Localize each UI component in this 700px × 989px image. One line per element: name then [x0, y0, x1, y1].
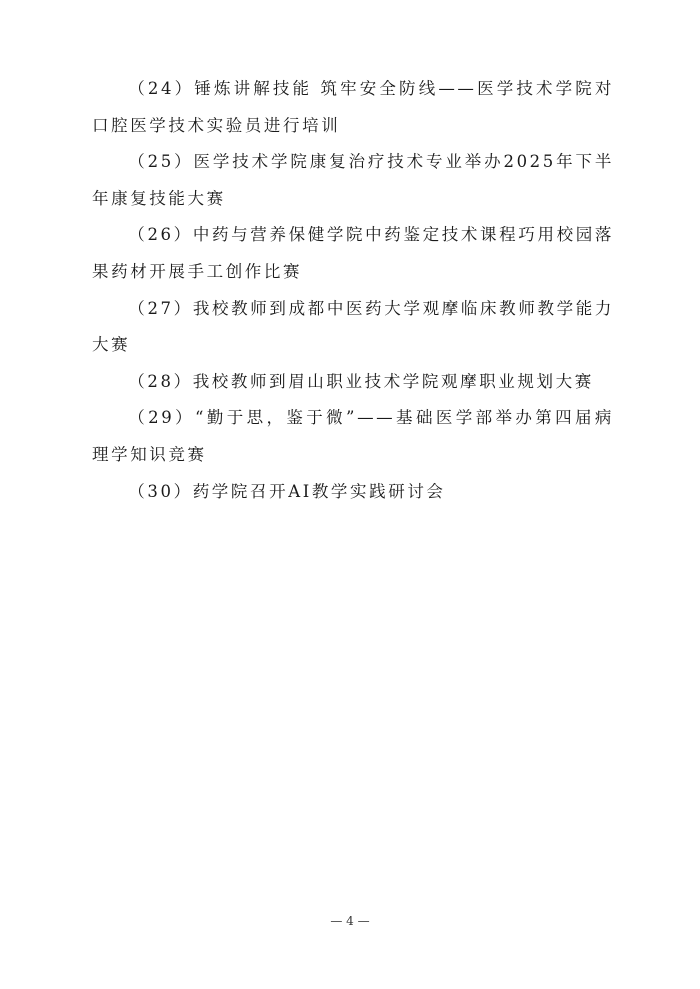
- item-text: 我校教师到眉山职业技术学院观摩职业规划大赛: [193, 372, 594, 391]
- item-number: （24）: [128, 79, 194, 98]
- item-number: （28）: [128, 372, 192, 391]
- item-number: （26）: [128, 225, 193, 244]
- list-item: （24）锤炼讲解技能 筑牢安全防线——医学技术学院对口腔医学技术实验员进行培训: [92, 71, 614, 144]
- list-item: （25）医学技术学院康复治疗技术专业举办2025年下半年康复技能大赛: [92, 144, 614, 217]
- item-number: （30）: [128, 482, 192, 501]
- item-number: （27）: [128, 299, 193, 318]
- item-number: （29）: [128, 408, 195, 427]
- page-number: — 4 —: [0, 914, 700, 928]
- item-number: （25）: [128, 152, 193, 171]
- list-item: （29）“勤于思，鉴于微”——基础医学部举办第四届病理学知识竞赛: [92, 400, 614, 473]
- item-text: 药学院召开AI教学实践研讨会: [193, 482, 446, 501]
- list-item: （30）药学院召开AI教学实践研讨会: [92, 474, 614, 511]
- document-body: （24）锤炼讲解技能 筑牢安全防线——医学技术学院对口腔医学技术实验员进行培训 …: [92, 71, 614, 510]
- list-item: （28）我校教师到眉山职业技术学院观摩职业规划大赛: [92, 364, 614, 401]
- list-item: （26）中药与营养保健学院中药鉴定技术课程巧用校园落果药材开展手工创作比赛: [92, 217, 614, 290]
- list-item: （27）我校教师到成都中医药大学观摩临床教师教学能力大赛: [92, 291, 614, 364]
